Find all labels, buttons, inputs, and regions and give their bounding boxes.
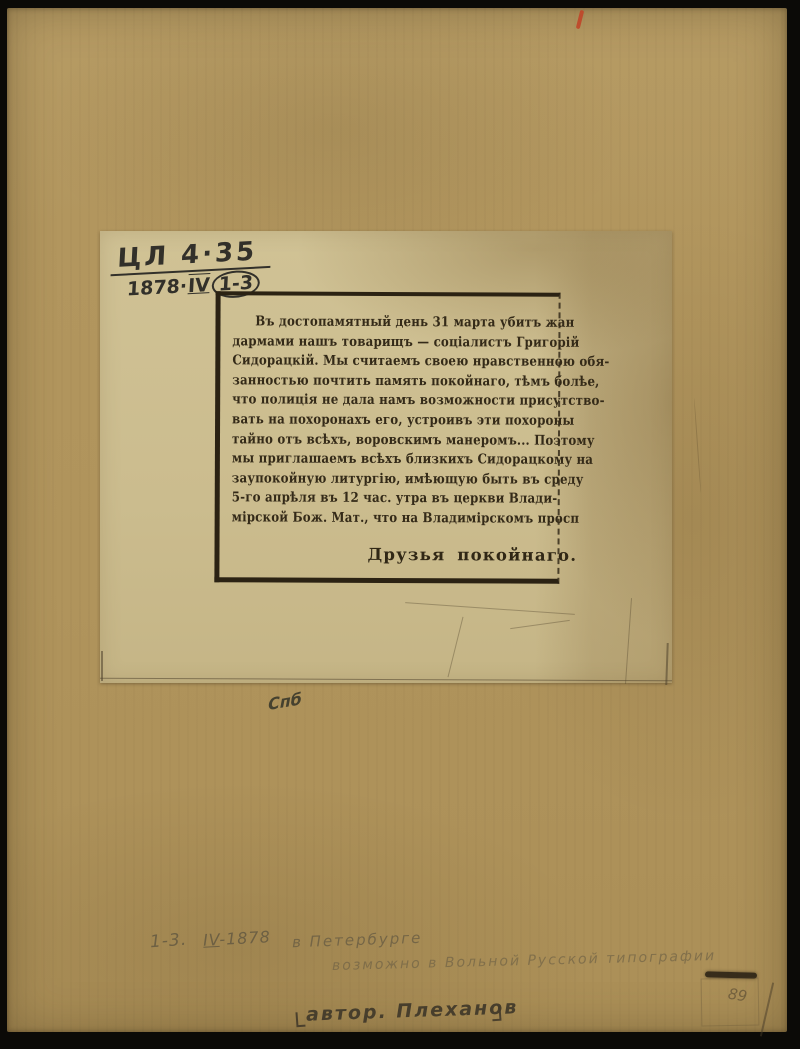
print-line: дармами нашъ товарищъ — соціалистъ Григо… bbox=[232, 332, 558, 353]
print-line: мірской Бож. Мат., что на Владимірскомъ … bbox=[232, 508, 558, 529]
date-annotation-year: -1878 bbox=[219, 927, 271, 949]
print-line: вать на похоронахъ его, устроивъ эти пох… bbox=[232, 410, 558, 431]
range-annotation: 1-3. bbox=[149, 930, 187, 953]
print-line: мы приглашаемъ всѣхъ близкихъ Сидорацком… bbox=[232, 449, 558, 470]
signature-line: Друзья покойнаго. bbox=[367, 545, 577, 565]
notice-text-block: Въ достопамятный день 31 марта убитъ жан… bbox=[232, 312, 558, 529]
print-line: 5-го апрѣля въ 12 час. утра въ церкви Вл… bbox=[232, 489, 558, 510]
print-line: тайно отъ всѣхъ, воровскимъ манеромъ... … bbox=[232, 430, 558, 451]
bracket-mark bbox=[295, 1012, 305, 1028]
print-line: заупокойную литургію, имѣющую быть въ ср… bbox=[232, 469, 558, 490]
date-annotation: IV-1878 bbox=[203, 927, 272, 950]
printed-notice: Въ достопамятный день 31 марта убитъ жан… bbox=[214, 291, 560, 584]
bracket-mark bbox=[491, 1006, 501, 1022]
leaflet-corner-tick-left bbox=[101, 651, 103, 681]
print-line: занностью почтить память покойнаго, тѣмъ… bbox=[232, 371, 558, 392]
corner-pencil-number: 89 bbox=[727, 985, 749, 1006]
archival-scan-page: ЦЛ 4·35 1878·IV1-3 Въ достопамятный день… bbox=[0, 0, 800, 1049]
print-line: что полиція не дала намъ возможности при… bbox=[232, 391, 558, 412]
call-number-month: IV bbox=[186, 274, 211, 297]
date-annotation-roman: IV bbox=[203, 930, 220, 950]
print-line: Въ достопамятный день 31 марта убитъ жан bbox=[232, 312, 558, 333]
call-number-year: 1878· bbox=[126, 275, 187, 300]
print-line: Сидорацкій. Мы считаемъ своею нравственн… bbox=[232, 352, 558, 373]
